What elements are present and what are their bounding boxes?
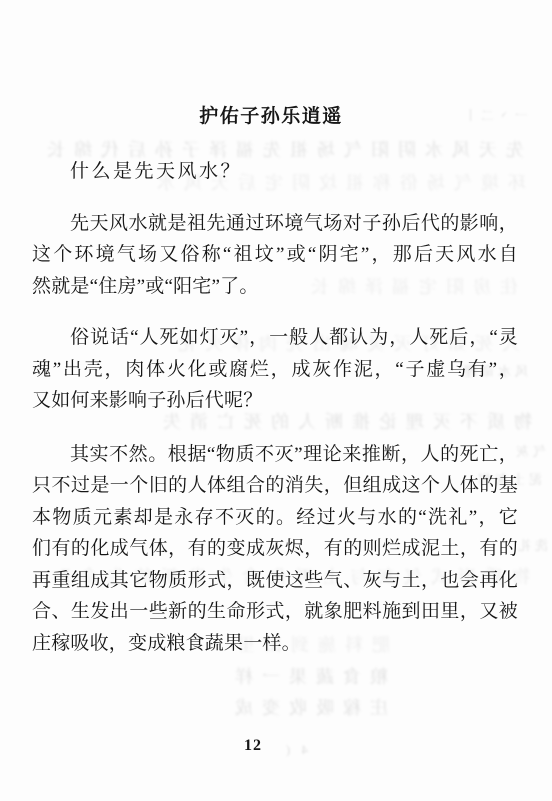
text-line: 这个环境气场又俗称“祖坟”或“阴宅”，那后天风水自: [32, 239, 518, 271]
body-text: 什么是先天风水？ 先天风水就是祖先通过环境气场对子孙后代的影响， 这个环境气场又…: [32, 156, 518, 659]
text-line: 然就是“住房”或“阳宅”了。: [32, 271, 518, 303]
text-line: 们有的化成气体，有的变成灰烬，有的则烂成泥土，有的: [32, 533, 518, 565]
paragraph-question: 什么是先天风水？: [32, 156, 518, 188]
text-line: 只不过是一个旧的人体组合的消失，但组成这个人体的基: [32, 470, 518, 502]
text-line: 先天风水就是祖先通过环境气场对子孙后代的影响，: [32, 208, 518, 240]
paragraph-xiantian-fengshui: 先天风水就是祖先通过环境气场对子孙后代的影响， 这个环境气场又俗称“祖坟”或“阴…: [32, 208, 518, 303]
text-line: 俗说话“人死如灯灭”，一般人都认为，人死后，“灵: [32, 322, 518, 354]
text-line: 什么是先天风水？: [32, 156, 518, 188]
text-line: 魂”出壳，肉体火化或腐烂，成灰作泥，“子虚乌有”，: [32, 354, 518, 386]
page-number: 12: [236, 737, 270, 755]
chapter-title: 护佑子孙乐逍遥: [28, 0, 514, 130]
text-line: 再重组成其它物质形式，既使这些气、灰与土，也会再化: [32, 565, 518, 597]
text-line: 本物质元素却是永存不灭的。经过火与水的“洗礼”，它: [32, 502, 518, 534]
bleedthrough-text: 粮食蔬果一样: [233, 667, 388, 687]
text-line: 合、生发出一些新的生命形式，就象肥料施到田里，又被: [32, 596, 518, 628]
paragraph-matter-conservation: 其实不然。根据“物质不灭”理论来推断，人的死亡， 只不过是一个旧的人体组合的消失…: [32, 439, 518, 660]
paragraph-folk-saying: 俗说话“人死如灯灭”，一般人都认为，人死后，“灵 魂”出壳，肉体火化或腐烂，成灰…: [32, 322, 518, 417]
text-column: 护佑子孙乐逍遥 什么是先天风水？ 先天风水就是祖先通过环境气场对子孙后代的影响，…: [0, 0, 552, 659]
bleedthrough-text: 4 (: [272, 740, 308, 760]
text-line: 其实不然。根据“物质不灭”理论来推断，人的死亡，: [32, 439, 518, 471]
text-line: 庄稼吸收，变成粮食蔬果一样。: [32, 628, 518, 660]
bleedthrough-text: 庄稼吸收变成: [233, 698, 388, 718]
text-line: 又如何来影响子孙后代呢？: [32, 385, 518, 417]
scanned-book-page: 一丶二丨 先天风水阴阳气场祖先福泽子孙后代绵长 环境气场俗称祖坟阴宅后天风水 住…: [0, 0, 552, 801]
